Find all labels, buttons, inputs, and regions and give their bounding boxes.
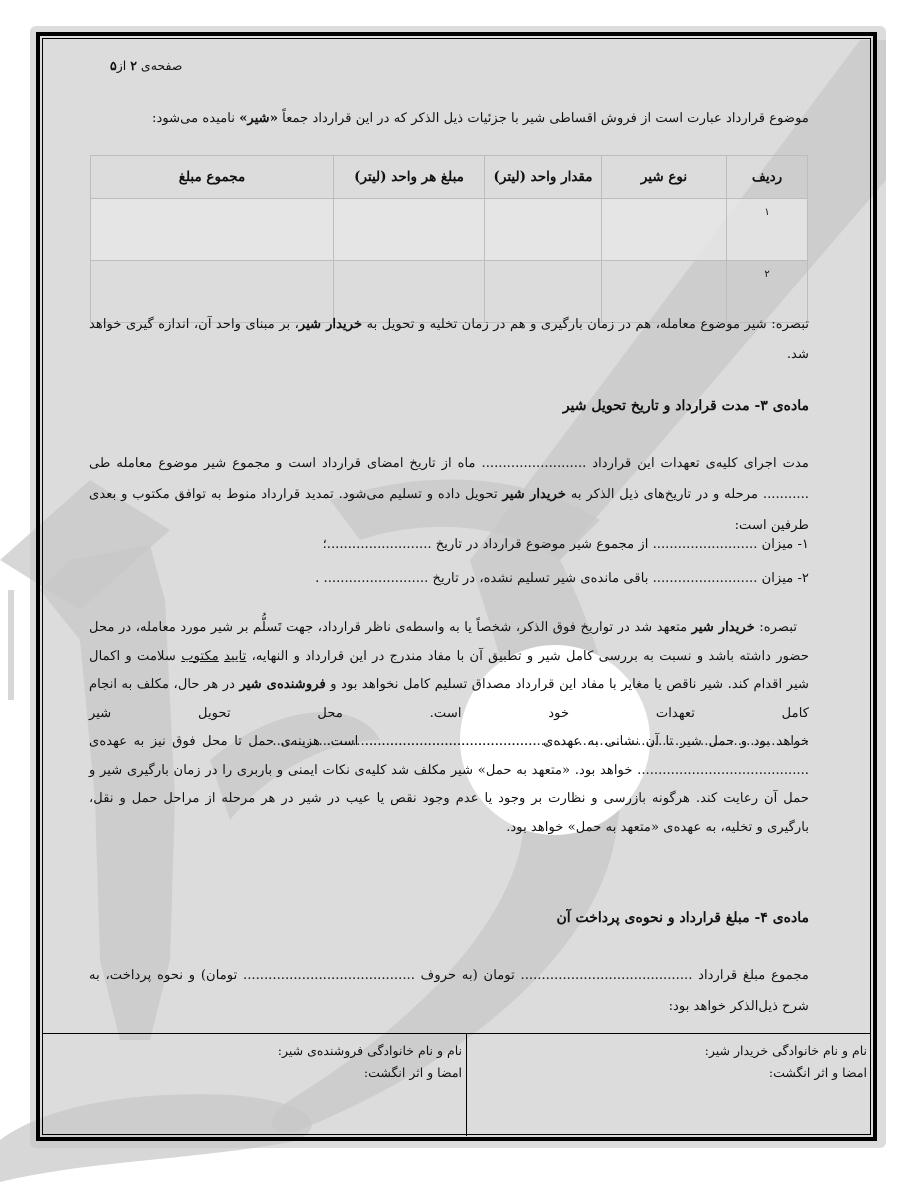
seller-sign-label: امضا و اثر انگشت:: [62, 1062, 462, 1084]
page-total: ۵: [110, 58, 117, 73]
article-3-paragraph: مدت اجرای کلیه‌ی تعهدات این قرارداد ....…: [89, 448, 809, 541]
intro-paragraph: موضوع قرارداد عبارت است از فروش اقساطی ش…: [89, 108, 809, 130]
note-underline-written: مکتوب: [181, 649, 219, 664]
items-table: ردیف نوع شیر مقدار واحد (لیتر) مبلغ هر و…: [90, 155, 808, 323]
page-number: صفحه‌ی ۲ از۵: [110, 58, 182, 73]
table-row: ۱: [91, 199, 808, 261]
page-current: ۲: [130, 58, 137, 73]
intro-bold-term: «شیر»: [239, 111, 278, 126]
header-index: ردیف: [727, 156, 808, 199]
note-bold-seller: فروشنده‌ی شیر: [239, 677, 325, 692]
intro-text: موضوع قرارداد عبارت است از فروش اقساطی ش…: [278, 111, 809, 126]
article3-bold-buyer: خریدار شیر: [502, 487, 566, 502]
header-milk-type: نوع شیر: [602, 156, 727, 199]
note-measurement: تبصره: شیر موضوع معامله، هم در زمان بارگ…: [89, 310, 809, 370]
note-underline-confirm: تایید: [224, 649, 246, 664]
article-3-heading: ماده‌ی ۳- مدت قرارداد و تاریخ تحویل شیر: [563, 398, 809, 414]
table-header-row: ردیف نوع شیر مقدار واحد (لیتر) مبلغ هر و…: [91, 156, 808, 199]
article-4-paragraph: مجموع مبلغ قرارداد .....................…: [89, 960, 809, 1022]
note1-bold: خریدار شیر: [299, 317, 362, 332]
page-of: از: [117, 58, 127, 73]
note-bold-buyer: خریدار شیر: [692, 620, 755, 635]
page-label: صفحه‌ی: [141, 58, 183, 73]
cell-quantity[interactable]: [485, 199, 602, 261]
seller-name-label: نام و نام خانوادگی فروشنده‌ی شیر:: [62, 1040, 462, 1062]
delivery-item-1: ۱- میزان ......................... از مج…: [109, 534, 809, 556]
note-label: تبصره:: [755, 620, 809, 635]
signature-divider: [466, 1034, 467, 1136]
cell-milk-type[interactable]: [602, 199, 727, 261]
cell-index: ۱: [727, 199, 808, 261]
header-unit-price: مبلغ هر واحد (لیتر): [334, 156, 485, 199]
cell-total[interactable]: [91, 199, 334, 261]
buyer-name-label: نام و نام خانوادگی خریدار شیر:: [457, 1040, 867, 1062]
note1-text: تبصره: شیر موضوع معامله، هم در زمان بارگ…: [362, 317, 809, 332]
header-total: مجموع مبلغ: [91, 156, 334, 199]
transport-paragraph: خواهد بود و حمل شیر تا آن نشانی به عهده‌…: [89, 728, 809, 842]
document-page: صفحه‌ی ۲ از۵ موضوع قرارداد عبارت است از …: [42, 38, 871, 1135]
delivery-item-2: ۲- میزان ......................... باقی …: [109, 568, 809, 590]
buyer-signature-box[interactable]: نام و نام خانوادگی خریدار شیر: امضا و اث…: [457, 1040, 867, 1084]
header-quantity: مقدار واحد (لیتر): [485, 156, 602, 199]
article-4-heading: ماده‌ی ۴- مبلغ قرارداد و نحوه‌ی پرداخت آ…: [556, 910, 809, 926]
intro-text-end: نامیده می‌شود:: [152, 111, 239, 126]
seller-signature-box[interactable]: نام و نام خانوادگی فروشنده‌ی شیر: امضا و…: [62, 1040, 462, 1084]
cell-unit-price[interactable]: [334, 199, 485, 261]
buyer-sign-label: امضا و اثر انگشت:: [457, 1062, 867, 1084]
signature-section: نام و نام خانوادگی خریدار شیر: امضا و اث…: [42, 1033, 871, 1136]
